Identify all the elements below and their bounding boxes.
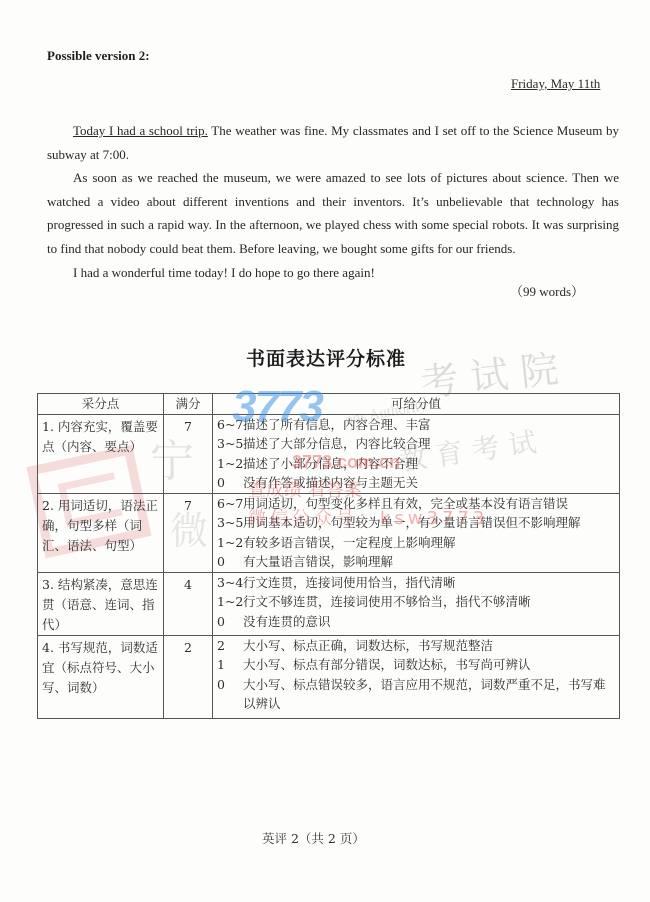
levels-cell: 6~7用词适切，句型变化多样且有效，完全或基本没有语言错误 3~5用词基本适切，…	[213, 494, 620, 573]
essay-opening-sentence: Today I had a school trip.	[73, 123, 208, 138]
level-item: 3~5描述了大部分信息，内容比较合理	[217, 434, 615, 453]
level-item: 3~4行文连贯，连接词使用恰当，指代清晰	[217, 573, 615, 592]
essay-paragraph-2: As soon as we reached the museum, we wer…	[47, 166, 619, 260]
full-score-cell: 7	[164, 494, 213, 573]
rubric-title: 书面表达评分标准	[246, 344, 406, 371]
criteria-cell: 2. 用词适切，语法正确，句型多样（词汇、语法、句型）	[38, 494, 164, 573]
header-criteria: 采分点	[38, 394, 164, 415]
levels-cell: 6~7描述了所有信息，内容合理、丰富 3~5描述了大部分信息，内容比较合理 1~…	[213, 415, 620, 494]
full-score-cell: 4	[164, 573, 213, 636]
level-item: 1大小写、标点有部分错误，词数达标，书写尚可辨认	[217, 655, 615, 674]
page-footer: 英评 2（共 2 页）	[262, 829, 365, 847]
criteria-cell: 3. 结构紧凑，意思连贯（语意、连词、指代）	[38, 573, 164, 636]
level-item: 0没有连贯的意识	[217, 612, 615, 631]
criteria-cell: 1. 内容充实，覆盖要点（内容、要点）	[38, 415, 164, 494]
table-row: 3. 结构紧凑，意思连贯（语意、连词、指代） 4 3~4行文连贯，连接词使用恰当…	[38, 573, 620, 636]
header-levels: 可给分值	[213, 394, 620, 415]
level-item: 1~2行文不够连贯，连接词使用不够恰当，指代不够清晰	[217, 592, 615, 611]
rubric-header-row: 采分点 满分 可给分值	[38, 394, 620, 415]
level-item: 6~7描述了所有信息，内容合理、丰富	[217, 415, 615, 434]
table-row: 1. 内容充实，覆盖要点（内容、要点） 7 6~7描述了所有信息，内容合理、丰富…	[38, 415, 620, 494]
header-full-score: 满分	[164, 394, 213, 415]
essay-paragraph-1: Today I had a school trip. The weather w…	[47, 119, 619, 166]
full-score-cell: 7	[164, 415, 213, 494]
table-row: 2. 用词适切，语法正确，句型多样（词汇、语法、句型） 7 6~7用词适切，句型…	[38, 494, 620, 573]
level-item: 1~2描述了小部分信息，内容不合理	[217, 454, 615, 473]
levels-cell: 3~4行文连贯，连接词使用恰当，指代清晰 1~2行文不够连贯，连接词使用不够恰当…	[213, 573, 620, 636]
level-item: 0有大量语言错误，影响理解	[217, 552, 615, 571]
level-item: 0大小写、标点错误较多，语言应用不规范，词数严重不足，书写难以辨认	[217, 675, 615, 714]
full-score-cell: 2	[164, 636, 213, 719]
essay-heading: Possible version 2:	[47, 48, 150, 64]
essay-date: Friday, May 11th	[511, 76, 606, 92]
level-item: 0没有作答或描述内容与主题无关	[217, 473, 615, 492]
level-item: 1~2有较多语言错误，一定程度上影响理解	[217, 533, 615, 552]
essay-body: Today I had a school trip. The weather w…	[47, 119, 619, 284]
word-count: （99 words）	[510, 281, 584, 300]
table-row: 4. 书写规范，词数适宜（标点符号、大小写、词数） 2 2大小写、标点正确，词数…	[38, 636, 620, 719]
level-item: 3~5用词基本适切，句型较为单一，有少量语言错误但不影响理解	[217, 513, 615, 532]
level-item: 2大小写、标点正确，词数达标，书写规范整洁	[217, 636, 615, 655]
rubric-table: 采分点 满分 可给分值 1. 内容充实，覆盖要点（内容、要点） 7 6~7描述了…	[37, 393, 620, 719]
level-item: 6~7用词适切，句型变化多样且有效，完全或基本没有语言错误	[217, 494, 615, 513]
levels-cell: 2大小写、标点正确，词数达标，书写规范整洁 1大小写、标点有部分错误，词数达标，…	[213, 636, 620, 719]
criteria-cell: 4. 书写规范，词数适宜（标点符号、大小写、词数）	[38, 636, 164, 719]
